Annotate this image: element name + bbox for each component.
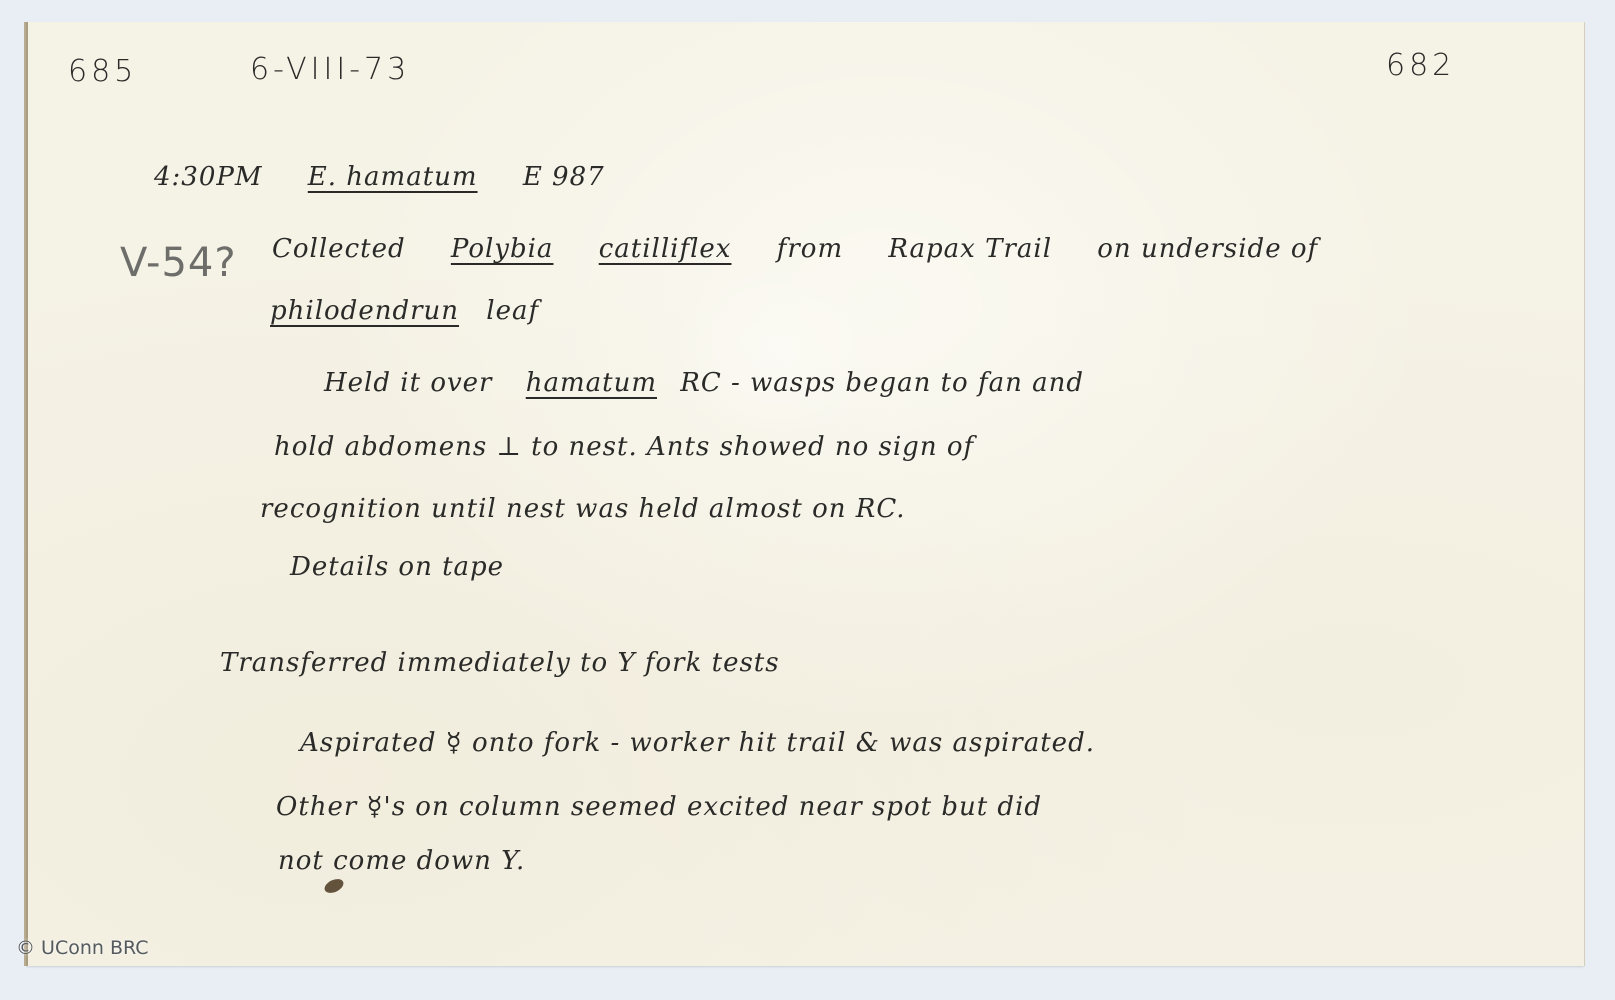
note-line-8: Aspirated ☿ onto fork - worker hit trail… xyxy=(300,728,1095,758)
note-line-9: Other ☿'s on column seemed excited near … xyxy=(276,792,1042,822)
note-line-6: Details on tape xyxy=(290,552,504,582)
location-name: Rapax Trail xyxy=(888,234,1052,264)
field-note-card: 685 6-VIII-73 682 4:30PM E. hamatum E 98… xyxy=(26,22,1584,966)
note-line-10: not come down Y. xyxy=(278,846,525,876)
paper-fold-highlight xyxy=(668,262,888,442)
note-word: Collected xyxy=(272,234,406,264)
species-name: E. hamatum xyxy=(308,162,478,192)
card-date: 6-VIII-73 xyxy=(250,52,410,87)
note-word: leaf xyxy=(486,296,539,326)
ink-smudge xyxy=(322,876,345,895)
card-number-left: 685 xyxy=(68,54,137,89)
species-name: hamatum xyxy=(526,368,657,398)
note-text: RC - wasps began to fan and xyxy=(680,368,1084,398)
time-species-line: 4:30PM E. hamatum E 987 xyxy=(154,162,605,192)
plant-name: philodendrun xyxy=(270,296,459,326)
note-line-3: Held it over hamatum RC - wasps began to… xyxy=(324,368,1084,398)
copyright-notice: © UConn BRC xyxy=(16,937,149,959)
species-epithet: catilliflex xyxy=(599,234,732,264)
note-line-1: Collected Polybia catilliflex from Rapax… xyxy=(272,234,1318,264)
note-word: from xyxy=(777,234,843,264)
note-line-7: Transferred immediately to Y fork tests xyxy=(220,648,780,678)
note-word: Held it over xyxy=(324,368,492,398)
note-word: on underside of xyxy=(1097,234,1318,264)
scan-viewer: 685 6-VIII-73 682 4:30PM E. hamatum E 98… xyxy=(0,0,1615,1000)
colony-code: E 987 xyxy=(523,162,605,192)
margin-pencil-note: V-54? xyxy=(120,240,237,286)
note-line-5: recognition until nest was held almost o… xyxy=(260,494,906,524)
genus-name: Polybia xyxy=(451,234,554,264)
observation-time: 4:30PM xyxy=(154,162,263,192)
note-line-2: philodendrun leaf xyxy=(270,296,539,326)
card-number-right: 682 xyxy=(1386,48,1455,83)
note-line-4: hold abdomens ⊥ to nest. Ants showed no … xyxy=(274,432,974,462)
